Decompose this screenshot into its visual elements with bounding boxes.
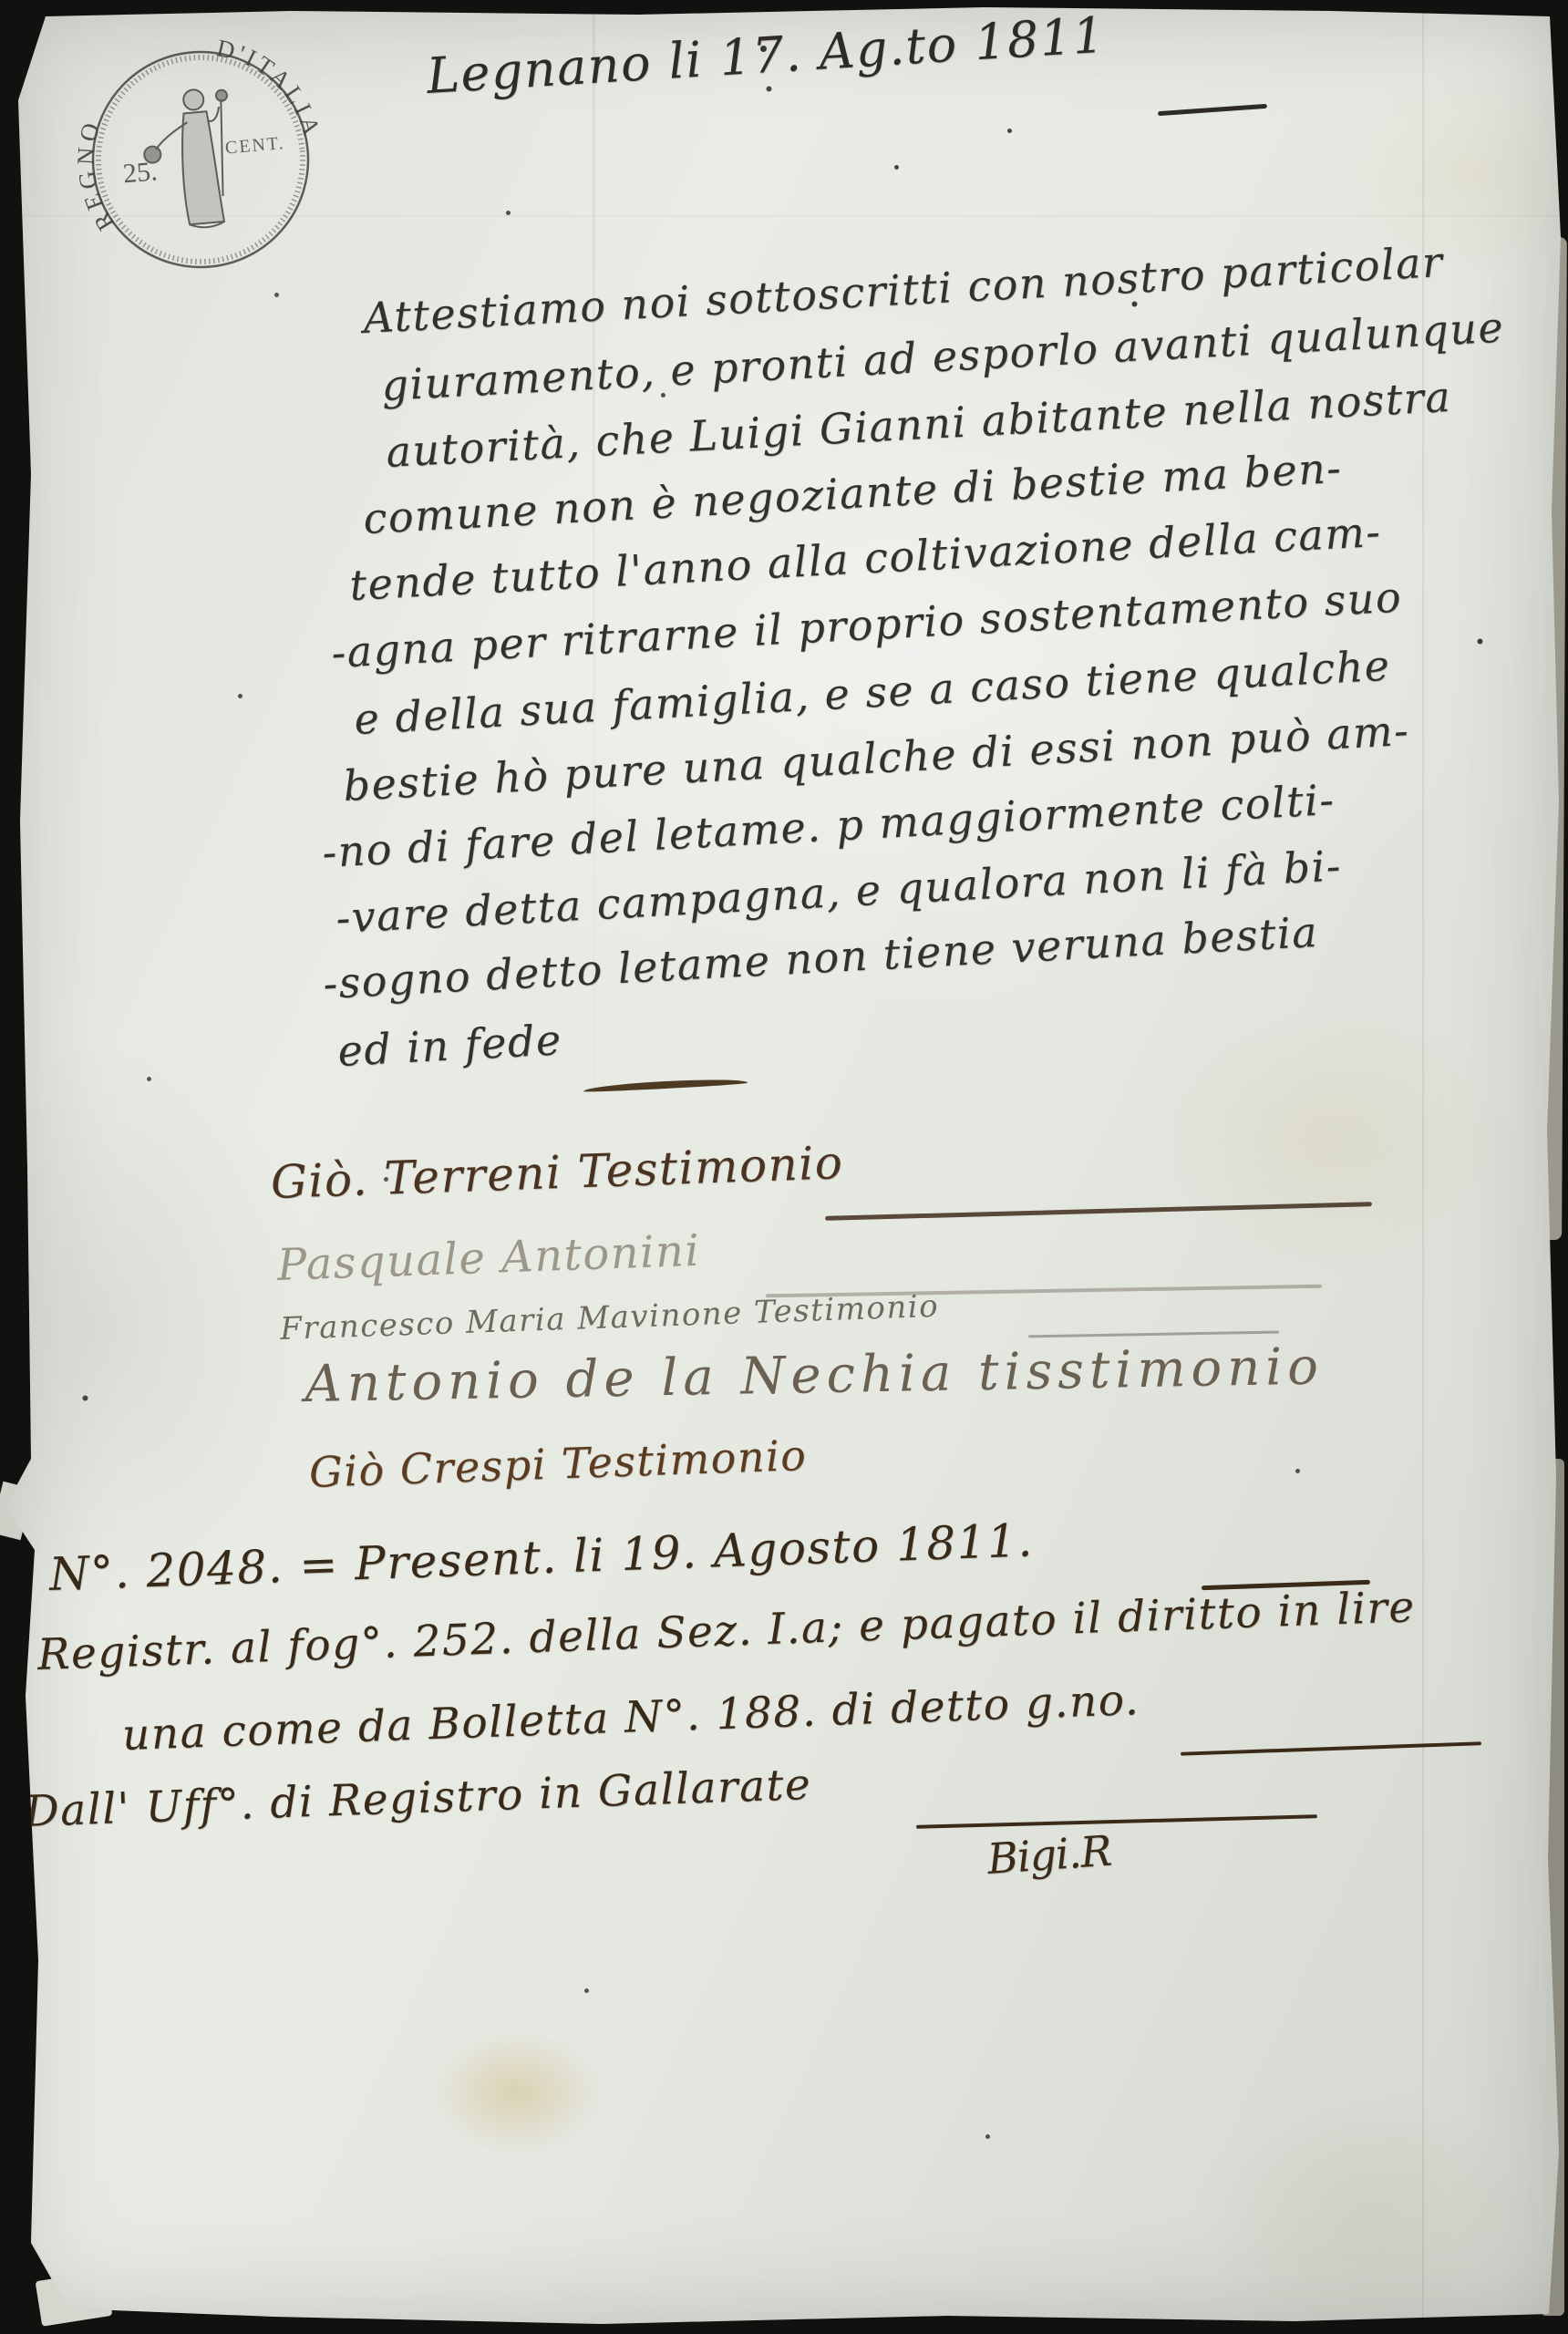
signature-nechia: Antonio de la Nechia tisstimonio <box>304 1337 1325 1414</box>
stamp-text-ditalia: D'ITALIA <box>211 26 326 149</box>
registration-line: Dall' Uff°. di Registro in Gallarate <box>24 1760 812 1837</box>
registration-line: una come da Bolletta N°. 188. di detto g… <box>121 1675 1140 1761</box>
document-page: REGNO D'ITALIA 25. CENT. <box>0 0 1568 2334</box>
signature-crespi: Giò Crespi Testimonio <box>308 1430 808 1497</box>
stamp-allegorical-figure-icon <box>139 87 239 232</box>
body-line: ed in fede <box>336 1015 563 1076</box>
stamp-unit: CENT. <box>224 133 285 159</box>
registration-line3-flourish <box>1181 1741 1481 1756</box>
signature-antonini: Pasquale Antonini <box>276 1225 701 1291</box>
svg-text:REGNO: REGNO <box>67 113 121 237</box>
signature-terreni-flourish <box>825 1202 1372 1221</box>
official-signature: Bigi.R <box>985 1826 1112 1884</box>
registration-line: N°. 2048. = Present. li 19. Agosto 1811. <box>48 1513 1035 1601</box>
registration-line: Registr. al fog°. 252. della Sez. I.a; e… <box>36 1582 1416 1680</box>
signature-mavinone-flourish <box>1028 1331 1279 1338</box>
dateline: Legnano li 17. Ag.to 1811 <box>425 6 1107 105</box>
svg-text:D'ITALIA: D'ITALIA <box>211 26 326 149</box>
ed-in-fede-flourish <box>583 1077 748 1092</box>
revenue-stamp-graphic: REGNO D'ITALIA 25. CENT. <box>67 26 335 294</box>
registration-line4-flourish <box>916 1814 1317 1829</box>
signature-terreni: Giò. Terreni Testimonio <box>270 1136 844 1209</box>
revenue-stamp: REGNO D'ITALIA 25. CENT. <box>67 26 335 294</box>
ink-specks <box>0 0 3 3</box>
signature-mavinone: Francesco Maria Mavinone Testimonio <box>280 1288 940 1348</box>
dateline-flourish <box>1158 104 1267 116</box>
stamp-text-regno: REGNO <box>67 113 121 237</box>
scanned-document-canvas: REGNO D'ITALIA 25. CENT. <box>0 0 1568 2334</box>
